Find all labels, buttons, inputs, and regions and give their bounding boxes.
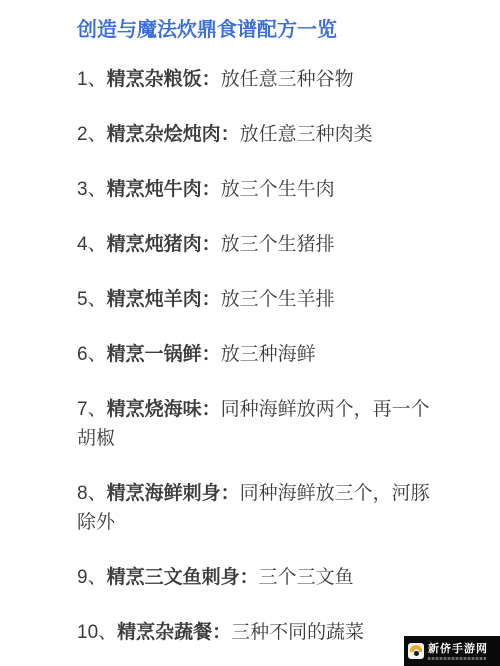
recipe-number: 2、 — [77, 124, 107, 145]
recipe-number: 6、 — [77, 344, 107, 365]
recipe-item-7: 7、精烹烧海味：同种海鲜放两个，再一个 胡椒 — [77, 395, 441, 453]
recipe-name: 精烹炖羊肉： — [107, 289, 221, 310]
recipe-item-4: 4、精烹炖猪肉：放三个生猪排 — [77, 230, 441, 259]
article-title: 创造与魔法炊鼎食谱配方一览 — [77, 17, 441, 43]
recipe-number: 3、 — [77, 179, 107, 200]
recipe-desc: 三个三文鱼 — [259, 567, 354, 588]
recipe-name: 精烹杂蔬餐： — [117, 622, 231, 643]
recipe-number: 4、 — [77, 234, 107, 255]
recipe-name: 精烹炖猪肉： — [107, 234, 221, 255]
site-watermark-badge: 新侪手游网 — [404, 636, 500, 666]
recipe-item-5: 5、精烹炖羊肉：放三个生羊排 — [77, 285, 441, 314]
recipe-desc: 三种不同的蔬菜 — [231, 622, 364, 643]
recipe-name: 精烹三文鱼刺身： — [107, 567, 259, 588]
recipe-number: 7、 — [77, 399, 107, 420]
recipe-name: 精烹杂烩炖肉： — [107, 124, 240, 145]
recipe-desc: 放三个生猪排 — [221, 234, 335, 255]
recipe-item-2: 2、精烹杂烩炖肉：放任意三种肉类 — [77, 120, 441, 149]
recipe-desc: 放三个生羊排 — [221, 289, 335, 310]
recipe-item-9: 9、精烹三文鱼刺身：三个三文鱼 — [77, 563, 441, 592]
recipe-desc: 放三个生牛肉 — [221, 179, 335, 200]
recipe-item-1: 1、精烹杂粮饭：放任意三种谷物 — [77, 65, 441, 94]
watermark-site-name: 新侪手游网 — [428, 643, 488, 655]
watermark-tagline-bar — [428, 657, 486, 660]
recipe-name: 精烹海鲜刺身： — [107, 483, 240, 504]
recipe-name: 精烹杂粮饭： — [107, 69, 221, 90]
recipe-desc: 放任意三种肉类 — [240, 124, 373, 145]
recipe-name: 精烹炖牛肉： — [107, 179, 221, 200]
recipe-item-8: 8、精烹海鲜刺身：同种海鲜放三个，河豚 除外 — [77, 479, 441, 537]
recipe-name: 精烹一锅鲜： — [107, 344, 221, 365]
recipe-number: 5、 — [77, 289, 107, 310]
article-content: 创造与魔法炊鼎食谱配方一览 1、精烹杂粮饭：放任意三种谷物 2、精烹杂烩炖肉：放… — [0, 0, 500, 647]
recipe-number: 8、 — [77, 483, 107, 504]
recipe-item-6: 6、精烹一锅鲜：放三种海鲜 — [77, 340, 441, 369]
recipe-desc: 放三种海鲜 — [221, 344, 316, 365]
recipe-item-10: 10、精烹杂蔬餐：三种不同的蔬菜 — [77, 618, 441, 647]
recipe-number: 1、 — [77, 69, 107, 90]
recipe-number: 9、 — [77, 567, 107, 588]
recipe-item-3: 3、精烹炖牛肉：放三个生牛肉 — [77, 175, 441, 204]
recipe-desc: 放任意三种谷物 — [221, 69, 354, 90]
recipe-list: 1、精烹杂粮饭：放任意三种谷物 2、精烹杂烩炖肉：放任意三种肉类 3、精烹炖牛肉… — [77, 65, 441, 647]
recipe-name: 精烹烧海味： — [107, 399, 221, 420]
recipe-number: 10、 — [77, 622, 117, 643]
article-page: { "page": { "title": "创造与魔法炊鼎食谱配方一览", "t… — [0, 0, 500, 666]
rainbow-arch-logo-icon — [408, 643, 424, 659]
